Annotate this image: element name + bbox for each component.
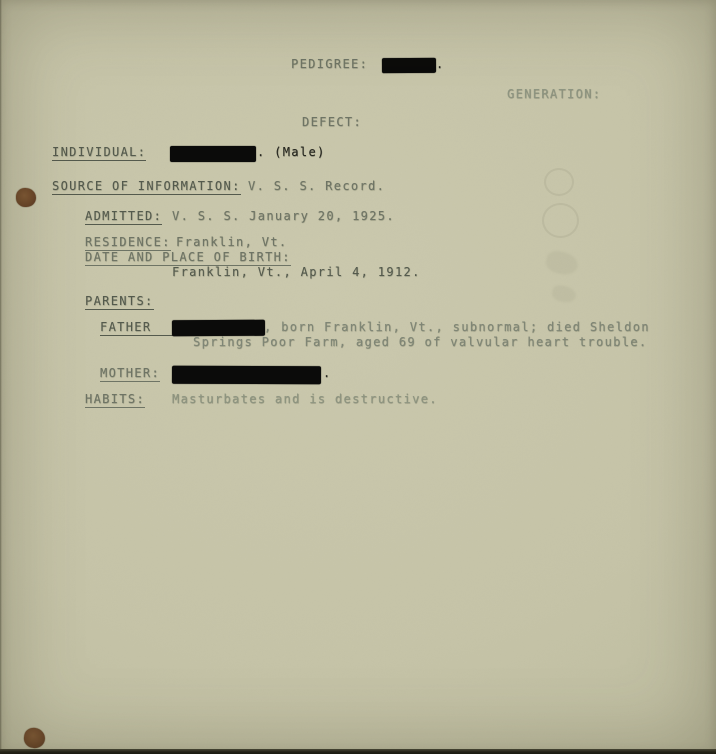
birth-field: DATE AND PLACE OF BIRTH:	[85, 250, 291, 266]
redaction-bar-mother	[172, 366, 321, 385]
birth-value: Franklin, Vt., April 4, 1912.	[172, 265, 421, 279]
residence-label: RESIDENCE:	[85, 235, 171, 251]
admitted-label: ADMITTED:	[85, 209, 162, 225]
individual-label: INDIVIDUAL:	[52, 145, 146, 161]
stain-hole-top	[16, 188, 36, 207]
mother-suffix: .	[323, 366, 332, 380]
habits-field: HABITS:	[85, 392, 145, 408]
father-label: FATHER	[100, 320, 180, 336]
admitted-value: V. S. S. January 20, 1925.	[172, 209, 395, 223]
bleedthrough-ring	[542, 203, 579, 238]
bleedthrough-ring	[544, 168, 574, 196]
mother-label: MOTHER:	[100, 366, 160, 382]
parents-field: PARENTS:	[85, 294, 154, 310]
source-label: SOURCE OF INFORMATION:	[52, 179, 241, 195]
defect-label: DEFECT:	[302, 115, 362, 129]
individual-suffix: . (Male)	[257, 145, 326, 159]
mother-field: MOTHER:	[100, 366, 160, 382]
habits-label: HABITS:	[85, 392, 145, 408]
parents-label: PARENTS:	[85, 294, 154, 310]
bleedthrough-smudge	[544, 249, 580, 277]
scanned-document-page: PEDIGREE: . GENERATION: DEFECT: INDIVIDU…	[0, 0, 716, 754]
generation-label: GENERATION:	[507, 87, 601, 101]
redaction-bar-father	[172, 320, 265, 336]
birth-label: DATE AND PLACE OF BIRTH:	[85, 250, 291, 266]
residence-value: Franklin, Vt.	[176, 235, 287, 249]
bleedthrough-smudge	[551, 284, 578, 305]
residence-field: RESIDENCE:	[85, 235, 171, 251]
habits-value: Masturbates and is destructive.	[172, 392, 438, 406]
scan-edge-bottom	[0, 749, 716, 754]
father-line1: , born Franklin, Vt., subnormal; died Sh…	[264, 320, 650, 334]
stain-hole-bottom	[23, 727, 47, 750]
admitted-field: ADMITTED:	[85, 209, 162, 225]
father-field: FATHER	[100, 320, 180, 336]
redaction-bar-pedigree	[382, 58, 436, 73]
scan-edge-left	[0, 0, 2, 754]
father-line2: Springs Poor Farm, aged 69 of valvular h…	[193, 335, 647, 349]
pedigree-suffix: .	[436, 57, 445, 71]
source-value: V. S. S. Record.	[248, 179, 385, 193]
source-field: SOURCE OF INFORMATION:	[52, 179, 241, 195]
redaction-bar-individual	[170, 146, 256, 162]
pedigree-label: PEDIGREE:	[291, 57, 368, 71]
individual-field: INDIVIDUAL:	[52, 145, 146, 161]
